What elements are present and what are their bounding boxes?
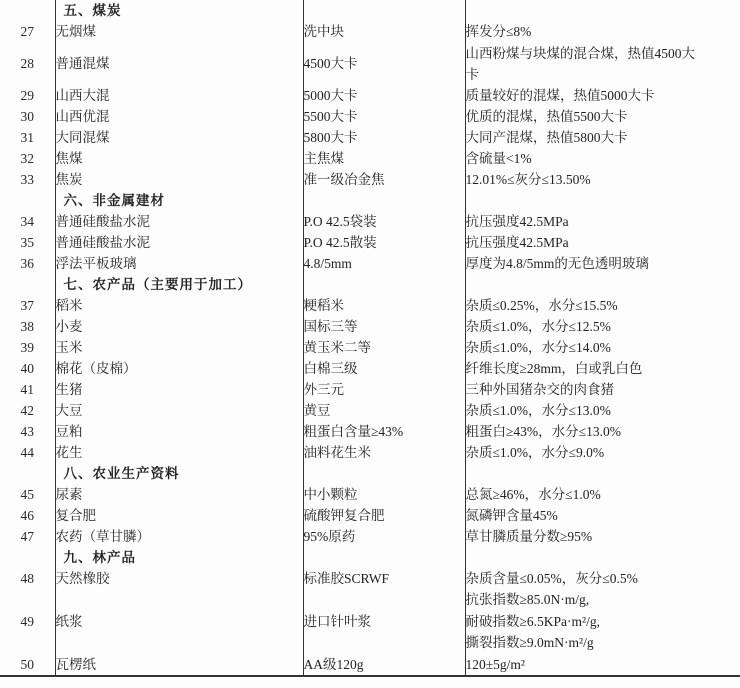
row-number-cell (0, 0, 55, 21)
row-number-cell: 46 (0, 505, 55, 526)
spec-cell: 4500大卡 (303, 42, 465, 85)
row-number-cell: 49 (0, 611, 55, 654)
table-row: 40棉花（皮棉）白棉三级纤维长度≥28mm，白或乳白色 (0, 358, 740, 379)
commodity-name-cell: 棉花（皮棉） (55, 358, 303, 379)
spec-cell: 粗蛋白含量≥43% (303, 421, 465, 442)
commodity-name-cell: 生猪 (55, 379, 303, 400)
description-cell: 优质的混煤，热值5500大卡 (465, 106, 740, 127)
table-row: 33焦炭准一级冶金焦12.01%≤灰分≤13.50% (0, 169, 740, 190)
spec-cell: P.O 42.5袋装 (303, 211, 465, 232)
section-row: 五、煤炭 (0, 0, 740, 21)
description-cell: 草甘膦质量分数≥95% (465, 526, 740, 547)
spec-cell: 硫酸钾复合肥 (303, 505, 465, 526)
commodity-name-cell: 山西大混 (55, 85, 303, 106)
description-cell: 抗压强度42.5MPa (465, 211, 740, 232)
spec-cell: 准一级冶金焦 (303, 169, 465, 190)
table-row: 48天然橡胶标准胶SCRWF杂质含量≤0.05%，灰分≤0.5% 抗张指数≥85… (0, 568, 740, 611)
spec-cell: 主焦煤 (303, 148, 465, 169)
commodity-name-cell: 纸浆 (55, 611, 303, 654)
spec-cell: 黄豆 (303, 400, 465, 421)
commodity-name-cell: 无烟煤 (55, 21, 303, 42)
commodity-name-cell: 尿素 (55, 484, 303, 505)
spec-cell: 5800大卡 (303, 127, 465, 148)
table-row: 38小麦国标三等杂质≤1.0%，水分≤12.5% (0, 316, 740, 337)
commodity-name-cell: 普通硅酸盐水泥 (55, 232, 303, 253)
row-number-cell: 48 (0, 568, 55, 611)
row-number-cell: 45 (0, 484, 55, 505)
row-number-cell (0, 274, 55, 295)
row-number-cell: 30 (0, 106, 55, 127)
description-cell: 120±5g/m² (465, 654, 740, 676)
description-cell: 氮磷钾含量45% (465, 505, 740, 526)
commodity-name-cell: 焦煤 (55, 148, 303, 169)
table-row: 49纸浆进口针叶浆耐破指数≥6.5KPa·m²/g, 撕裂指数≥9.0mN·m²… (0, 611, 740, 654)
table-row: 36浮法平板玻璃4.8/5mm厚度为4.8/5mm的无色透明玻璃 (0, 253, 740, 274)
commodity-name-cell: 豆粕 (55, 421, 303, 442)
spec-cell: 中小颗粒 (303, 484, 465, 505)
commodity-name-cell: 普通硅酸盐水泥 (55, 211, 303, 232)
spec-cell (303, 190, 465, 211)
description-cell: 质量较好的混煤，热值5000大卡 (465, 85, 740, 106)
row-number-cell (0, 190, 55, 211)
spec-cell (303, 274, 465, 295)
description-cell: 挥发分≤8% (465, 21, 740, 42)
table-row: 32焦煤主焦煤含硫量<1% (0, 148, 740, 169)
table-row: 28普通混煤4500大卡山西粉煤与块煤的混合煤，热值4500大 卡 (0, 42, 740, 85)
spec-cell: 进口针叶浆 (303, 611, 465, 654)
spec-cell: 白棉三级 (303, 358, 465, 379)
section-row: 七、农产品（主要用于加工） (0, 274, 740, 295)
document-page: 五、煤炭27无烟煤洗中块挥发分≤8%28普通混煤4500大卡山西粉煤与块煤的混合… (0, 0, 740, 688)
description-cell: 粗蛋白≥43%，水分≤13.0% (465, 421, 740, 442)
description-cell: 厚度为4.8/5mm的无色透明玻璃 (465, 253, 740, 274)
spec-cell: AA级120g (303, 654, 465, 676)
row-number-cell: 41 (0, 379, 55, 400)
table-row: 30山西优混5500大卡优质的混煤，热值5500大卡 (0, 106, 740, 127)
row-number-cell (0, 463, 55, 484)
commodity-name-cell: 大同混煤 (55, 127, 303, 148)
row-number-cell: 47 (0, 526, 55, 547)
spec-cell: 5000大卡 (303, 85, 465, 106)
row-number-cell: 37 (0, 295, 55, 316)
table-row: 45尿素中小颗粒总氮≥46%，水分≤1.0% (0, 484, 740, 505)
spec-cell: 油料花生米 (303, 442, 465, 463)
description-cell (465, 463, 740, 484)
row-number-cell: 42 (0, 400, 55, 421)
spec-cell: P.O 42.5散装 (303, 232, 465, 253)
spec-cell: 外三元 (303, 379, 465, 400)
commodity-name-cell: 大豆 (55, 400, 303, 421)
table-row: 43豆粕粗蛋白含量≥43%粗蛋白≥43%，水分≤13.0% (0, 421, 740, 442)
description-cell: 纤维长度≥28mm，白或乳白色 (465, 358, 740, 379)
section-title-cell: 六、非金属建材 (55, 190, 303, 211)
spec-cell: 5500大卡 (303, 106, 465, 127)
description-cell: 抗压强度42.5MPa (465, 232, 740, 253)
section-row: 八、农业生产资料 (0, 463, 740, 484)
row-number-cell: 28 (0, 42, 55, 85)
commodity-name-cell: 农药（草甘膦） (55, 526, 303, 547)
spec-cell: 95%原药 (303, 526, 465, 547)
description-cell: 耐破指数≥6.5KPa·m²/g, 撕裂指数≥9.0mN·m²/g (465, 611, 740, 654)
description-cell: 含硫量<1% (465, 148, 740, 169)
row-number-cell: 27 (0, 21, 55, 42)
table-row: 50瓦楞纸AA级120g120±5g/m² (0, 654, 740, 676)
table-row: 42大豆黄豆杂质≤1.0%，水分≤13.0% (0, 400, 740, 421)
row-number-cell (0, 547, 55, 568)
description-cell: 三种外国猪杂交的肉食猪 (465, 379, 740, 400)
row-number-cell: 43 (0, 421, 55, 442)
table-row: 27无烟煤洗中块挥发分≤8% (0, 21, 740, 42)
section-title-cell: 七、农产品（主要用于加工） (55, 274, 303, 295)
table-row: 31大同混煤5800大卡大同产混煤，热值5800大卡 (0, 127, 740, 148)
row-number-cell: 50 (0, 654, 55, 676)
description-cell: 杂质≤0.25%，水分≤15.5% (465, 295, 740, 316)
commodity-name-cell: 小麦 (55, 316, 303, 337)
table-row: 29山西大混5000大卡质量较好的混煤，热值5000大卡 (0, 85, 740, 106)
row-number-cell: 39 (0, 337, 55, 358)
section-row: 九、林产品 (0, 547, 740, 568)
spec-cell (303, 463, 465, 484)
table-row: 44花生油料花生米杂质≤1.0%，水分≤9.0% (0, 442, 740, 463)
row-number-cell: 33 (0, 169, 55, 190)
commodity-name-cell: 稻米 (55, 295, 303, 316)
spec-cell: 国标三等 (303, 316, 465, 337)
spec-cell (303, 0, 465, 21)
table-row: 34普通硅酸盐水泥P.O 42.5袋装抗压强度42.5MPa (0, 211, 740, 232)
description-cell (465, 547, 740, 568)
description-cell: 总氮≥46%，水分≤1.0% (465, 484, 740, 505)
table-row: 35普通硅酸盐水泥P.O 42.5散装抗压强度42.5MPa (0, 232, 740, 253)
description-cell: 杂质≤1.0%，水分≤13.0% (465, 400, 740, 421)
section-row: 六、非金属建材 (0, 190, 740, 211)
commodity-name-cell: 复合肥 (55, 505, 303, 526)
description-cell: 杂质≤1.0%，水分≤12.5% (465, 316, 740, 337)
commodity-name-cell: 瓦楞纸 (55, 654, 303, 676)
row-number-cell: 36 (0, 253, 55, 274)
commodity-name-cell: 焦炭 (55, 169, 303, 190)
section-title-cell: 九、林产品 (55, 547, 303, 568)
table-row: 47农药（草甘膦）95%原药草甘膦质量分数≥95% (0, 526, 740, 547)
row-number-cell: 35 (0, 232, 55, 253)
description-cell (465, 190, 740, 211)
spec-cell: 洗中块 (303, 21, 465, 42)
description-cell: 12.01%≤灰分≤13.50% (465, 169, 740, 190)
spec-cell: 4.8/5mm (303, 253, 465, 274)
commodity-name-cell: 花生 (55, 442, 303, 463)
spec-cell: 黄玉米二等 (303, 337, 465, 358)
commodity-name-cell: 浮法平板玻璃 (55, 253, 303, 274)
commodity-name-cell: 玉米 (55, 337, 303, 358)
description-cell: 杂质≤1.0%，水分≤14.0% (465, 337, 740, 358)
description-cell: 杂质含量≤0.05%，灰分≤0.5% 抗张指数≥85.0N·m/g, (465, 568, 740, 611)
section-title-cell: 八、农业生产资料 (55, 463, 303, 484)
row-number-cell: 44 (0, 442, 55, 463)
commodity-name-cell: 山西优混 (55, 106, 303, 127)
spec-cell: 标准胶SCRWF (303, 568, 465, 611)
table-body: 五、煤炭27无烟煤洗中块挥发分≤8%28普通混煤4500大卡山西粉煤与块煤的混合… (0, 0, 740, 676)
description-cell (465, 274, 740, 295)
row-number-cell: 34 (0, 211, 55, 232)
description-cell (465, 0, 740, 21)
table-row: 41生猪外三元三种外国猪杂交的肉食猪 (0, 379, 740, 400)
description-cell: 大同产混煤，热值5800大卡 (465, 127, 740, 148)
commodity-name-cell: 天然橡胶 (55, 568, 303, 611)
description-cell: 山西粉煤与块煤的混合煤，热值4500大 卡 (465, 42, 740, 85)
row-number-cell: 38 (0, 316, 55, 337)
spec-cell: 粳稻米 (303, 295, 465, 316)
row-number-cell: 29 (0, 85, 55, 106)
row-number-cell: 40 (0, 358, 55, 379)
table-row: 46复合肥硫酸钾复合肥氮磷钾含量45% (0, 505, 740, 526)
description-cell: 杂质≤1.0%，水分≤9.0% (465, 442, 740, 463)
row-number-cell: 31 (0, 127, 55, 148)
section-title-cell: 五、煤炭 (55, 0, 303, 21)
spec-cell (303, 547, 465, 568)
commodity-price-table: 五、煤炭27无烟煤洗中块挥发分≤8%28普通混煤4500大卡山西粉煤与块煤的混合… (0, 0, 740, 677)
table-row: 37稻米粳稻米杂质≤0.25%，水分≤15.5% (0, 295, 740, 316)
table-row: 39玉米黄玉米二等杂质≤1.0%，水分≤14.0% (0, 337, 740, 358)
row-number-cell: 32 (0, 148, 55, 169)
commodity-name-cell: 普通混煤 (55, 42, 303, 85)
